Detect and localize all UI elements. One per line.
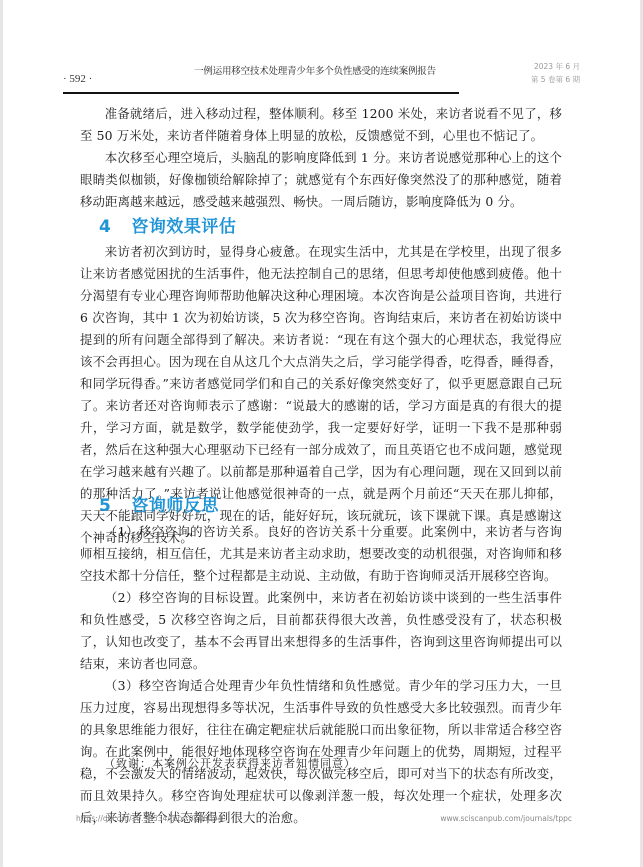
section-title: 咨询效果评估 [131, 217, 236, 237]
acknowledgement: （致谢：本案例公开发表获得来访者知情同意） [104, 755, 356, 771]
issue-volume: 第 5 卷第 6 期 [520, 73, 580, 86]
section-heading-4: 4咨询效果评估 [99, 212, 236, 237]
section-heading-5: 5咨询师反思 [99, 491, 219, 516]
section-number: 5 [99, 496, 111, 516]
paragraph: （2）移空咨询的目标设置。此案例中，来访者在初始访谈中谈到的一些生活事件和负性感… [80, 587, 562, 675]
section-5-body: （1）移空咨询的咨访关系。良好的咨访关系十分重要。此案例中，来访者与咨询师相互接… [80, 521, 562, 829]
paragraph: 本次移至心理空境后，头脑乱的影响度降低到 1 分。来访者说感觉那种心上的这个眼睛… [80, 147, 562, 213]
paragraph: 准备就绪后，进入移动过程，整体顺利。移至 1200 米处，来访者说看不见了，移至… [80, 103, 562, 147]
document-page: · 592 · 一例运用移空技术处理青少年多个负性感受的连续案例报告 2023 … [0, 0, 643, 867]
paragraph: （3）移空咨询适合处理青少年负性情绪和负性感觉。青少年的学习压力大，一旦压力过度… [80, 675, 562, 829]
doi-link[interactable]: https://doi.org/10.35534/tppc.0506054 [76, 814, 222, 823]
intro-text: 准备就绪后，进入移动过程，整体顺利。移至 1200 米处，来访者说看不见了，移至… [80, 103, 562, 213]
section-title: 咨询师反思 [131, 496, 219, 516]
section-number: 4 [99, 217, 111, 237]
issue-info: 2023 年 6 月 第 5 卷第 6 期 [520, 60, 580, 86]
journal-url[interactable]: www.sciscanpub.com/journals/tppc [424, 814, 572, 823]
header-rule [63, 92, 459, 94]
page-number: · 592 · [63, 73, 92, 85]
paragraph: （1）移空咨询的咨访关系。良好的咨访关系十分重要。此案例中，来访者与咨询师相互接… [80, 521, 562, 587]
issue-date: 2023 年 6 月 [520, 60, 580, 73]
running-title: 一例运用移空技术处理青少年多个负性感受的连续案例报告 [165, 63, 465, 77]
